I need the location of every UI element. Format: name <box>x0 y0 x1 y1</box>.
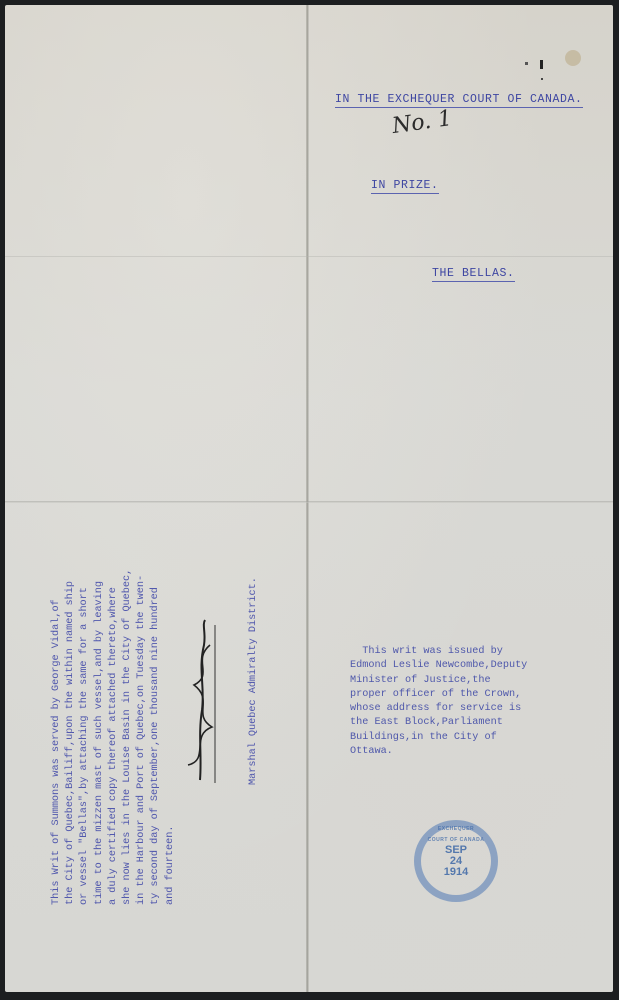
service-endorsement: This Writ of Summons was served by Georg… <box>50 515 178 905</box>
stamp-day: 24 <box>450 856 462 867</box>
date-stamp: EXCHEQUER COURT OF CANADA SEP 24 1914 <box>414 820 498 902</box>
vessel-caption: THE BELLAS. <box>432 267 515 282</box>
horizontal-crease <box>5 256 613 257</box>
signatory-title: Marshal Quebec Admiralty District. <box>248 577 259 785</box>
pin-mark <box>525 62 528 65</box>
horizontal-fold-line <box>5 501 613 503</box>
stamp-year: 1914 <box>444 867 468 878</box>
signature-icon <box>180 615 220 785</box>
proceeding-type: IN PRIZE. <box>371 179 439 194</box>
court-title: IN THE EXCHEQUER COURT OF CANADA. <box>335 93 583 108</box>
stamp-month: SEP <box>445 845 467 856</box>
stamp-ring-text: EXCHEQUER COURT OF CANADA <box>427 824 485 846</box>
issuance-notice: This writ was issued by Edmond Leslie Ne… <box>350 645 550 759</box>
vertical-fold-line <box>306 5 309 992</box>
pin-mark <box>541 78 543 80</box>
punch-hole <box>565 50 581 66</box>
pin-mark <box>540 60 543 69</box>
